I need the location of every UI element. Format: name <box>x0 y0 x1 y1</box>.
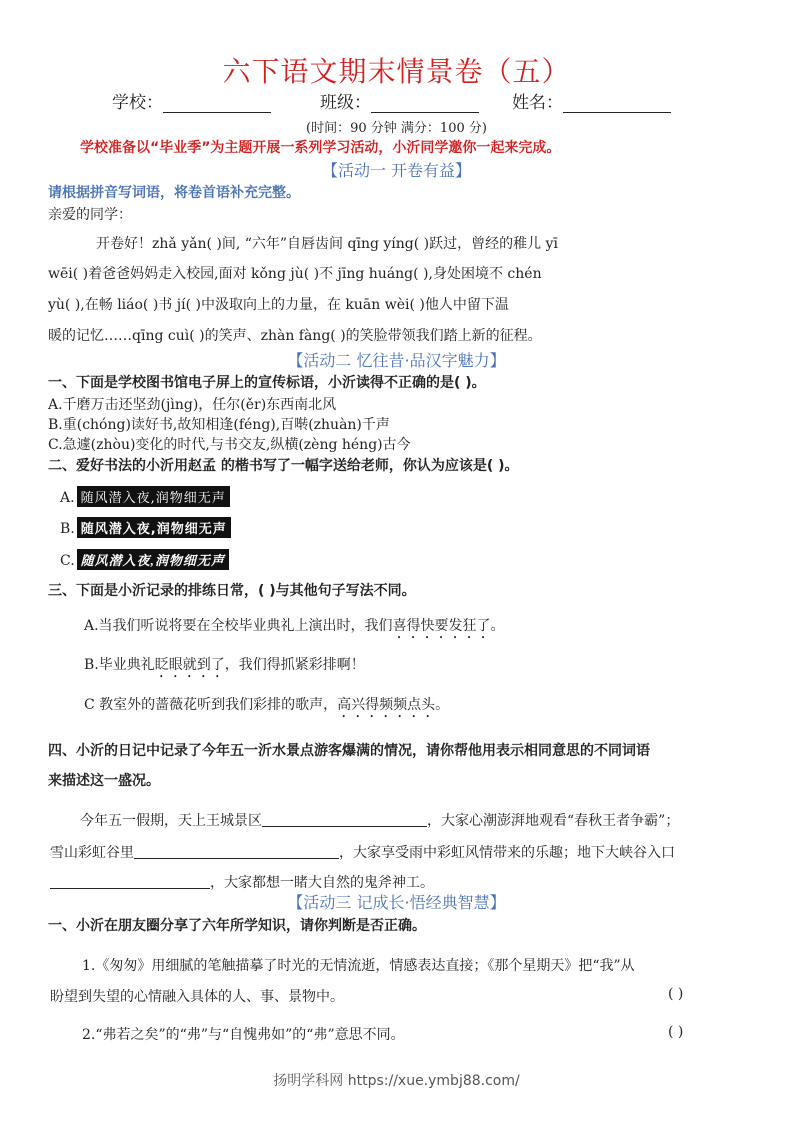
answer-blank-2[interactable] <box>134 843 339 859</box>
school-label: 学校： <box>112 93 163 113</box>
activity2-title: 【活动二 忆往昔·品汉字魅力】 <box>0 348 793 371</box>
class-label: 班级： <box>320 93 371 113</box>
q2-option-a: A.随风潜入夜,润物细无声 <box>60 486 230 507</box>
q4-para-line2: 雪山彩虹谷里，大家享受雨中彩虹风情带来的乐趣；地下大峡谷入口 <box>50 842 675 862</box>
q4-stem-line2: 来描述这一盛况。 <box>48 770 160 790</box>
answer-paren-2[interactable]: ( ) <box>668 1024 683 1040</box>
q1-option-b: B.重(chóng)读好书,故知相逢(féng),百啭(zhuàn)千声 <box>48 414 390 434</box>
calligraphy-sample-a: 随风潜入夜,润物细无声 <box>77 486 230 507</box>
answer-blank-1[interactable] <box>262 811 427 827</box>
answer-paren-1[interactable]: ( ) <box>668 986 683 1002</box>
a3-item1-line1: 1.《匆匆》用细腻的笔触描摹了时光的无情流逝，情感表达直接；《那个星期天》把“我… <box>82 955 635 975</box>
name-label: 姓名： <box>512 93 563 113</box>
option-label: C. <box>60 553 75 569</box>
name-blank[interactable] <box>563 94 671 113</box>
activity1-title: 【活动一 开卷有益】 <box>0 158 793 181</box>
pinyin-line-3: yù( ),在畅 liáo( )书 jí( )中汲取向上的力量，在 kuān w… <box>48 294 509 314</box>
calligraphy-sample-b: 随风潜入夜,润物细无声 <box>77 517 231 538</box>
school-field[interactable]: 学校： <box>112 88 271 113</box>
q3-option-b: B.毕业典礼眨眼就到了，我们得抓紧彩排啊！ <box>84 654 365 681</box>
class-field[interactable]: 班级： <box>320 88 479 113</box>
activity1-instruction: 请根据拼音写词语，将卷首语补充完整。 <box>48 182 300 202</box>
q2-option-b: B.随风潜入夜,润物细无声 <box>60 517 231 538</box>
a3-item2: 2.“弗若之矣”的“弗”与“自愧弗如”的“弗”意思不同。 <box>82 1024 405 1044</box>
q3-option-a: A.当我们听说将要在全校毕业典礼上演出时，我们喜得快要发狂了。 <box>84 615 505 642</box>
q3-stem: 三、下面是小沂记录的排练日常，( )与其他句子写法不同。 <box>48 580 416 600</box>
pinyin-line-1: 开卷好！zhǎ yǎn( )间, “六年”自唇齿间 qīng yíng( )跃过… <box>96 233 558 253</box>
q4-para-line3: ，大家都想一睹大自然的鬼斧神工。 <box>50 872 434 892</box>
option-label: B. <box>60 521 75 537</box>
answer-blank-3[interactable] <box>50 873 210 889</box>
watermark: 扬明学科网 https://xue.ymbj88.com/ <box>0 1070 793 1090</box>
intro-text: 学校准备以“毕业季”为主题开展一系列学习活动，小沂同学邀你一起来完成。 <box>80 137 560 157</box>
q3-option-c: C 教室外的蔷薇花听到我们彩排的歌声，高兴得频频点头。 <box>84 694 449 721</box>
page-title: 六下语文期末情景卷（五） <box>0 50 793 90</box>
calligraphy-sample-c: 随风潜入夜,润物细无声 <box>77 549 229 570</box>
q4-stem-line1: 四、小沂的日记中记录了今年五一沂水景点游客爆满的情况，请你帮他用表示相同意思的不… <box>48 740 650 760</box>
a3-item1-line2: 盼望到失望的心情融入具体的人、事、景物中。 <box>50 986 344 1006</box>
greeting: 亲爱的同学： <box>48 204 132 224</box>
emphasis-text: 喜得快要发狂了 <box>393 618 491 634</box>
class-blank[interactable] <box>371 94 479 113</box>
q2-stem: 二、爱好书法的小沂用赵孟 的楷书写了一幅字送给老师，你认为应该是( )。 <box>48 455 519 475</box>
q2-option-c: C.随风潜入夜,润物细无声 <box>60 549 229 570</box>
pinyin-line-2: wēi( )着爸爸妈妈走入校园,面对 kǒng jù( )不 jīng huán… <box>48 263 542 283</box>
q4-para-line1: 今年五一假期，天上王城景区，大家心潮澎湃地观看“春秋王者争霸”； <box>80 810 679 830</box>
emphasis-text: 高兴得频频点头 <box>337 697 435 713</box>
school-blank[interactable] <box>163 94 271 113</box>
pinyin-line-4: 暖的记忆……qīng cuì( )的笑声、zhàn fàng( )的笑脸带领我们… <box>48 325 542 345</box>
name-field[interactable]: 姓名： <box>512 88 671 113</box>
option-label: A. <box>60 490 75 506</box>
a3-q1-stem: 一、小沂在朋友圈分享了六年所学知识，请你判断是否正确。 <box>48 915 426 935</box>
q1-option-c: C.急遽(zhòu)变化的时代,与书交友,纵横(zèng héng)古今 <box>48 434 411 454</box>
q1-stem: 一、下面是学校图书馆电子屏上的宣传标语，小沂读得不正确的是( )。 <box>48 372 486 392</box>
q1-option-a: A.千磨万击还坚劲(jìng)，任尔(ěr)东西南北风 <box>48 394 336 414</box>
emphasis-text: 眨眼就到了 <box>155 657 225 673</box>
activity3-title: 【活动三 记成长·悟经典智慧】 <box>0 890 793 913</box>
exam-time-info: (时间：90 分钟 满分：100 分) <box>0 117 793 136</box>
